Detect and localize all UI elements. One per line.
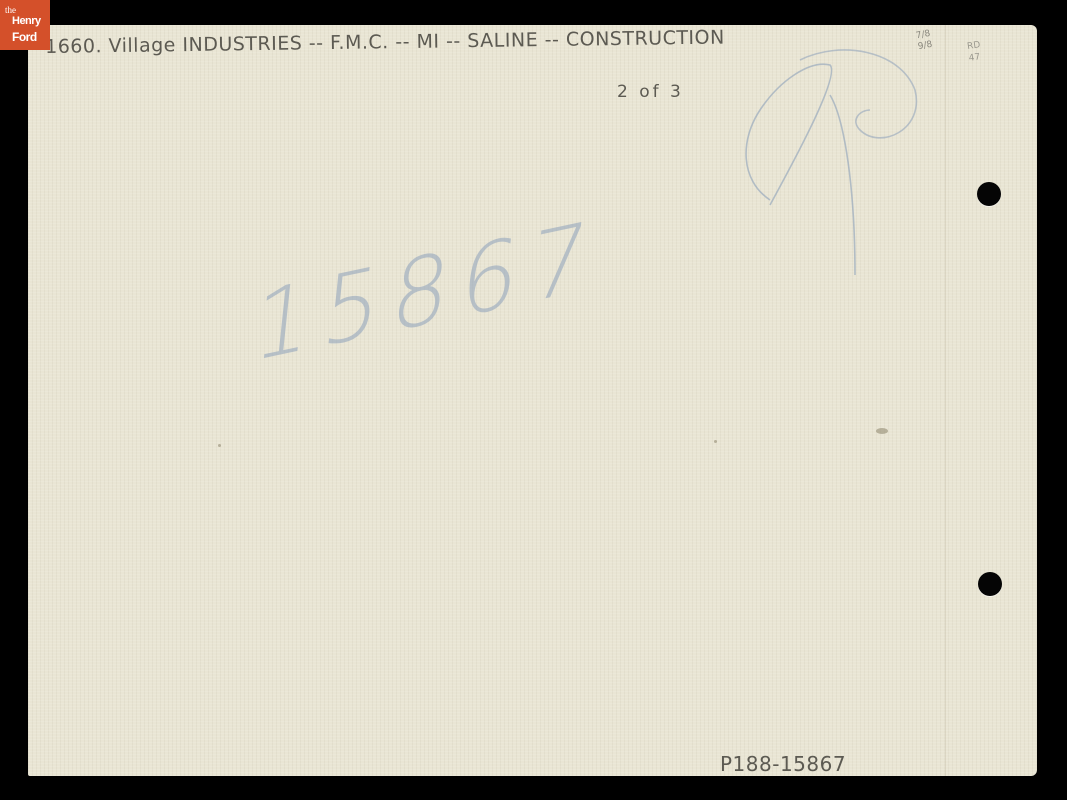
archival-card xyxy=(28,25,1037,776)
paper-speck xyxy=(218,444,221,447)
handwritten-fraction: 2 of 3 xyxy=(617,82,684,102)
paper-stain xyxy=(876,428,888,434)
paper-speck xyxy=(714,440,717,443)
logo-the: the xyxy=(5,6,16,15)
fold-line xyxy=(945,25,946,776)
binder-hole-top xyxy=(977,182,1001,206)
corner-note-line: 47 xyxy=(968,51,983,65)
logo-ford: Ford xyxy=(12,31,37,43)
binder-hole-bottom xyxy=(978,572,1002,596)
henry-ford-logo: the Henry Ford xyxy=(0,0,50,50)
logo-henry: Henry xyxy=(12,16,41,27)
catalog-number: P188-15867 xyxy=(720,752,846,776)
